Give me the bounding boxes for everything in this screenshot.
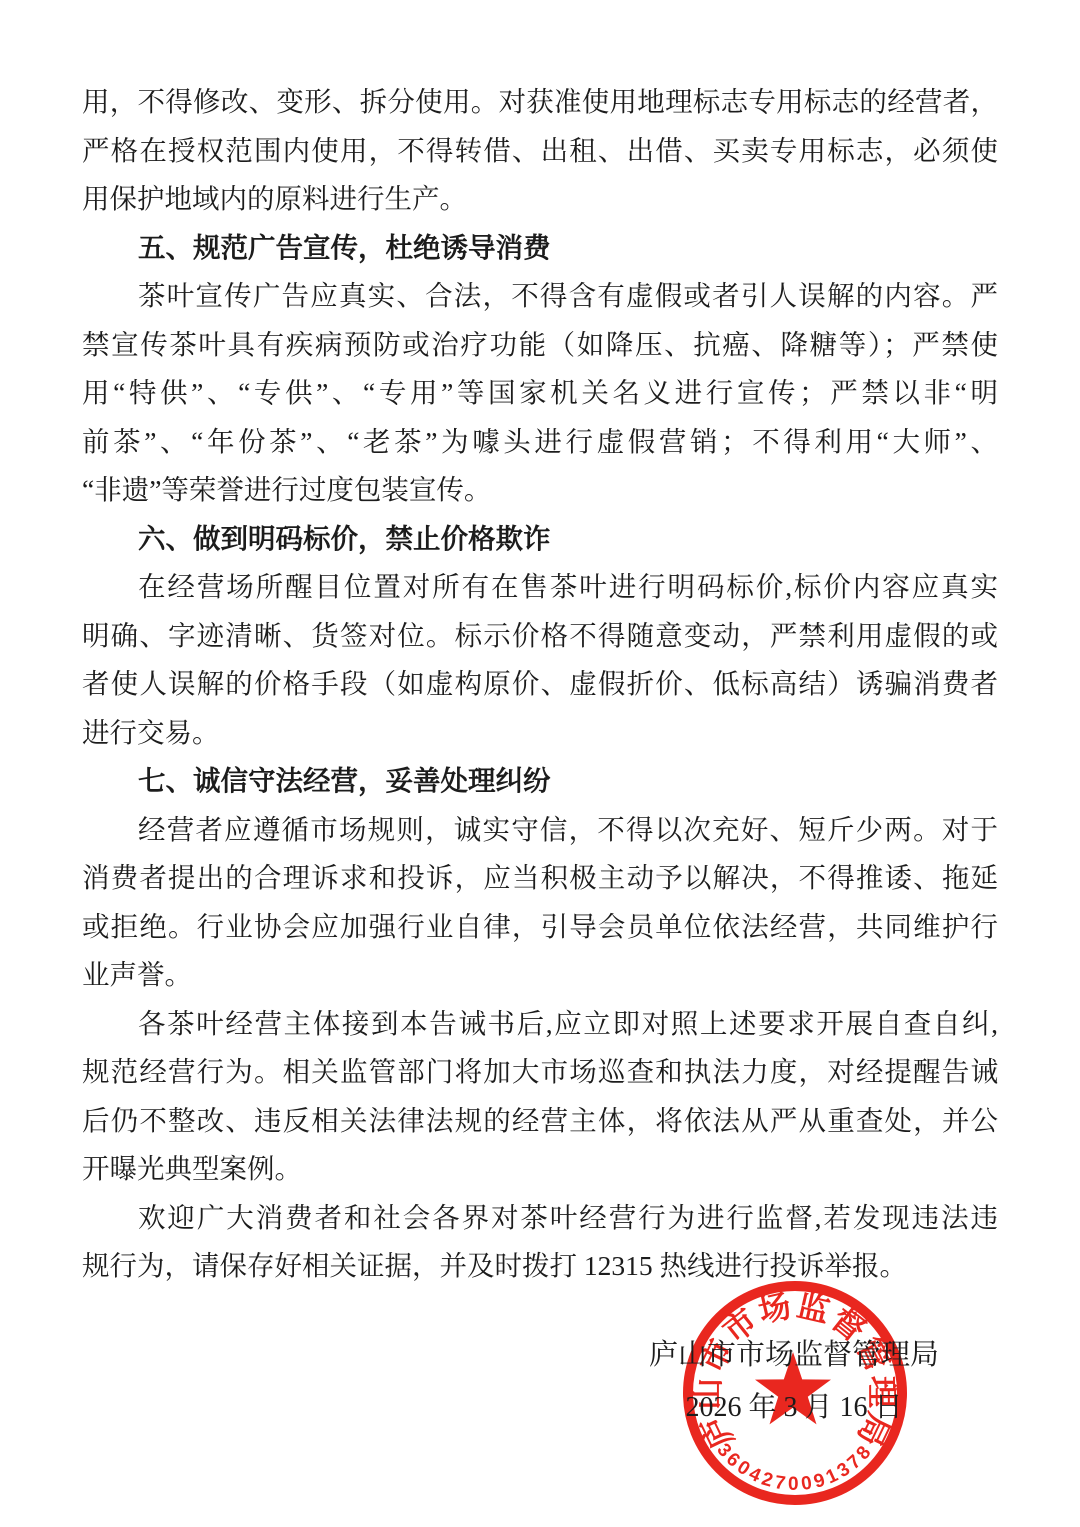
doc-line: 欢迎广大消费者和社会各界对茶叶经营行为进行监督,若发现违法违: [82, 1194, 998, 1243]
doc-line: 在经营场所醒目位置对所有在售茶叶进行明码标价,标价内容应真实: [82, 563, 998, 612]
section-heading-5: 五、规范广告宣传，杜绝诱导消费: [82, 224, 998, 273]
doc-line: 前茶”、“年份茶”、“老茶”为噱头进行虚假营销；不得利用“大师”、: [82, 418, 998, 467]
section-heading-6: 六、做到明码标价，禁止价格欺诈: [82, 515, 998, 564]
doc-line: 各茶叶经营主体接到本告诫书后,应立即对照上述要求开展自查自纠,: [82, 1000, 998, 1049]
issue-date: 2026 年 3 月 16 日: [648, 1391, 940, 1425]
doc-line: 开曝光典型案例。: [82, 1145, 998, 1194]
doc-line: “非遗”等荣誉进行过度包装宣传。: [82, 466, 998, 515]
doc-line: 或拒绝。行业协会应加强行业自律，引导会员单位依法经营，共同维护行: [82, 903, 998, 952]
doc-line: 禁宣传茶叶具有疾病预防或治疗功能（如降压、抗癌、降糖等）；严禁使: [82, 321, 998, 370]
doc-line: 消费者提出的合理诉求和投诉，应当积极主动予以解决，不得推诿、拖延: [82, 854, 998, 903]
issuer-signature: 庐山市市场监督管理局: [648, 1338, 940, 1372]
doc-line: 茶叶宣传广告应真实、合法，不得含有虚假或者引人误解的内容。严: [82, 272, 998, 321]
doc-line: 用，不得修改、变形、拆分使用。对获准使用地理标志专用标志的经营者，: [82, 78, 998, 127]
section-heading-7: 七、诚信守法经营，妥善处理纠纷: [82, 757, 998, 806]
doc-line: 后仍不整改、违反相关法律法规的经营主体，将依法从严从重查处，并公: [82, 1097, 998, 1146]
doc-line: 进行交易。: [82, 709, 998, 758]
doc-line: 者使人误解的价格手段（如虚构原价、虚假折价、低标高结）诱骗消费者: [82, 660, 998, 709]
doc-line: 规范经营行为。相关监管部门将加大市场巡查和执法力度，对经提醒告诫: [82, 1048, 998, 1097]
doc-line: 用“特供”、“专供”、“专用”等国家机关名义进行宣传；严禁以非“明: [82, 369, 998, 418]
document-body: 用，不得修改、变形、拆分使用。对获准使用地理标志专用标志的经营者， 严格在授权范…: [82, 78, 998, 1291]
doc-line: 业声誉。: [82, 951, 998, 1000]
doc-line: 用保护地域内的原料进行生产。: [82, 175, 998, 224]
document-page: 用，不得修改、变形、拆分使用。对获准使用地理标志专用标志的经营者， 严格在授权范…: [0, 0, 1080, 1527]
doc-line: 明确、字迹清晰、货签对位。标示价格不得随意变动，严禁利用虚假的或: [82, 612, 998, 661]
doc-line: 严格在授权范围内使用，不得转借、出租、出借、买卖专用标志，必须使: [82, 127, 998, 176]
doc-line: 经营者应遵循市场规则，诚实守信，不得以次充好、短斤少两。对于: [82, 806, 998, 855]
